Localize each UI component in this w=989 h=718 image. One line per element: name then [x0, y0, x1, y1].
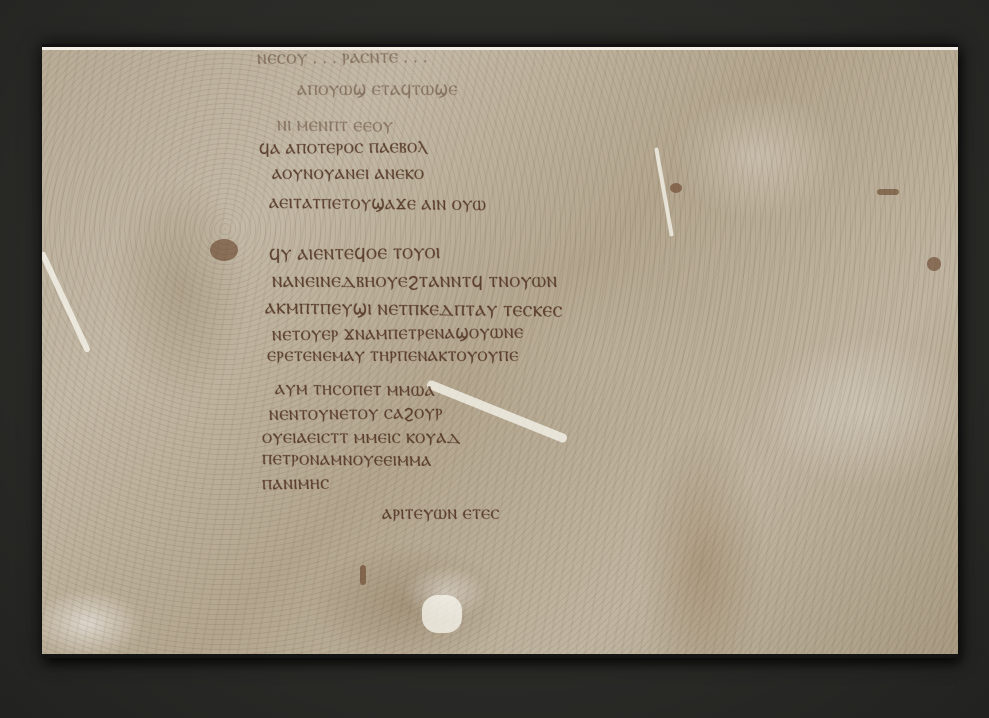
inscription-line: ⲀⲞⲨⲚⲞⲨⲀⲚⲈⲒ ⲀⲚⲈⲔⲞ [272, 167, 425, 183]
inscription-line: ⲀⲢⲒⲦⲈⲨⲰⲚ ⲈⲦⲈⲤ [382, 507, 500, 523]
inscription-line: ⲀⲨⲘ ⲦⲎⲤⲞⲠⲈⲦ ⲘⲘⲰⲀ [275, 382, 436, 400]
inscription-line: ϤⲀ ⲀⲠⲞⲦⲈⲢⲞⲤ ⲠⲀⲈⲂⲞⲖ [259, 140, 427, 158]
ink-stain [877, 189, 899, 195]
inscription-line: ⲠⲀⲚⲒⲘⲎⲤ [262, 477, 330, 494]
inscription-line: ⲈⲢⲈⲦⲈⲚⲈⲘⲀⲨ ⲦⲎⲢⲠⲈⲚⲀⲔⲦⲞⲨⲞⲨⲠⲈ [267, 349, 519, 365]
ink-stain [670, 183, 682, 193]
plaster-crack [654, 147, 674, 236]
inscription-line: ⲞⲨⲈⲒⲀⲈⲒⲤⲦⲦ ⲘⲘⲈⲒⲤ ⲔⲞⲨⲀⲆ [262, 431, 461, 447]
inscription-line: ⲚⲀⲚⲈⲒⲚⲈⲆⲂⲎⲞⲨⲈϨⲦⲀⲚⲚⲦϤ ⲦⲚⲞⲨⲰⲚ [272, 273, 558, 291]
inscription-line: ⲚⲈⲚⲦⲞⲨⲚⲈⲦⲞⲨ ⲤⲀϨⲞⲨⲢ [269, 406, 443, 424]
inscription-line: ⲚⲒ ⲘⲈⲚⲠⲦ ⲈⲈⲞⲨ [277, 118, 394, 135]
inscription-line: ⲚⲈⲤⲞⲨ . . . ⲢⲀⲤⲚⲦⲈ . . . [257, 50, 428, 68]
ink-stain [360, 565, 366, 585]
ink-stain [927, 257, 941, 271]
inscription-line: ⲠⲈⲦⲢⲞⲚⲀⲘⲚⲞⲨⲈⲈⲒⲘⲘⲀ [262, 452, 432, 470]
inscription-line: ϤⲨ ⲀⲒⲈⲚⲦⲈϤⲞⲈ ⲦⲞⲨⲞⲒ [269, 244, 441, 264]
plaster-crack [422, 595, 462, 633]
inscription-photo: ⲚⲈⲤⲞⲨ . . . ⲢⲀⲤⲚⲦⲈ . . .ⲀⲠⲞⲨⲰϢ ⲈⲦⲀϤⲦⲰϢⲈⲚ… [42, 44, 958, 658]
ink-stain [210, 239, 238, 261]
inscription-line: ⲀⲠⲞⲨⲰϢ ⲈⲦⲀϤⲦⲰϢⲈ [297, 83, 458, 99]
inscription-line: ⲚⲈⲦⲞⲨⲈⲢ ϪⲚⲀⲘⲠⲈⲦⲢⲈⲚⲀϢⲞⲨⲰⲚⲈ [272, 326, 524, 345]
inscription-line: ⲀⲈⲒⲦⲀⲦⲠⲈⲦⲞⲨϢⲀϪⲈ ⲀⲒⲚ ⲞⲨⲰ [269, 196, 487, 214]
inscription-line: ⲀⲔⲘⲠⲦⲠⲈⲨϢⲒ ⲚⲈⲦⲠⲔⲈⲆⲠⲦⲀⲨ ⲦⲈⲤⲔⲈⲤ [265, 299, 563, 320]
plaster-crack [42, 251, 91, 353]
